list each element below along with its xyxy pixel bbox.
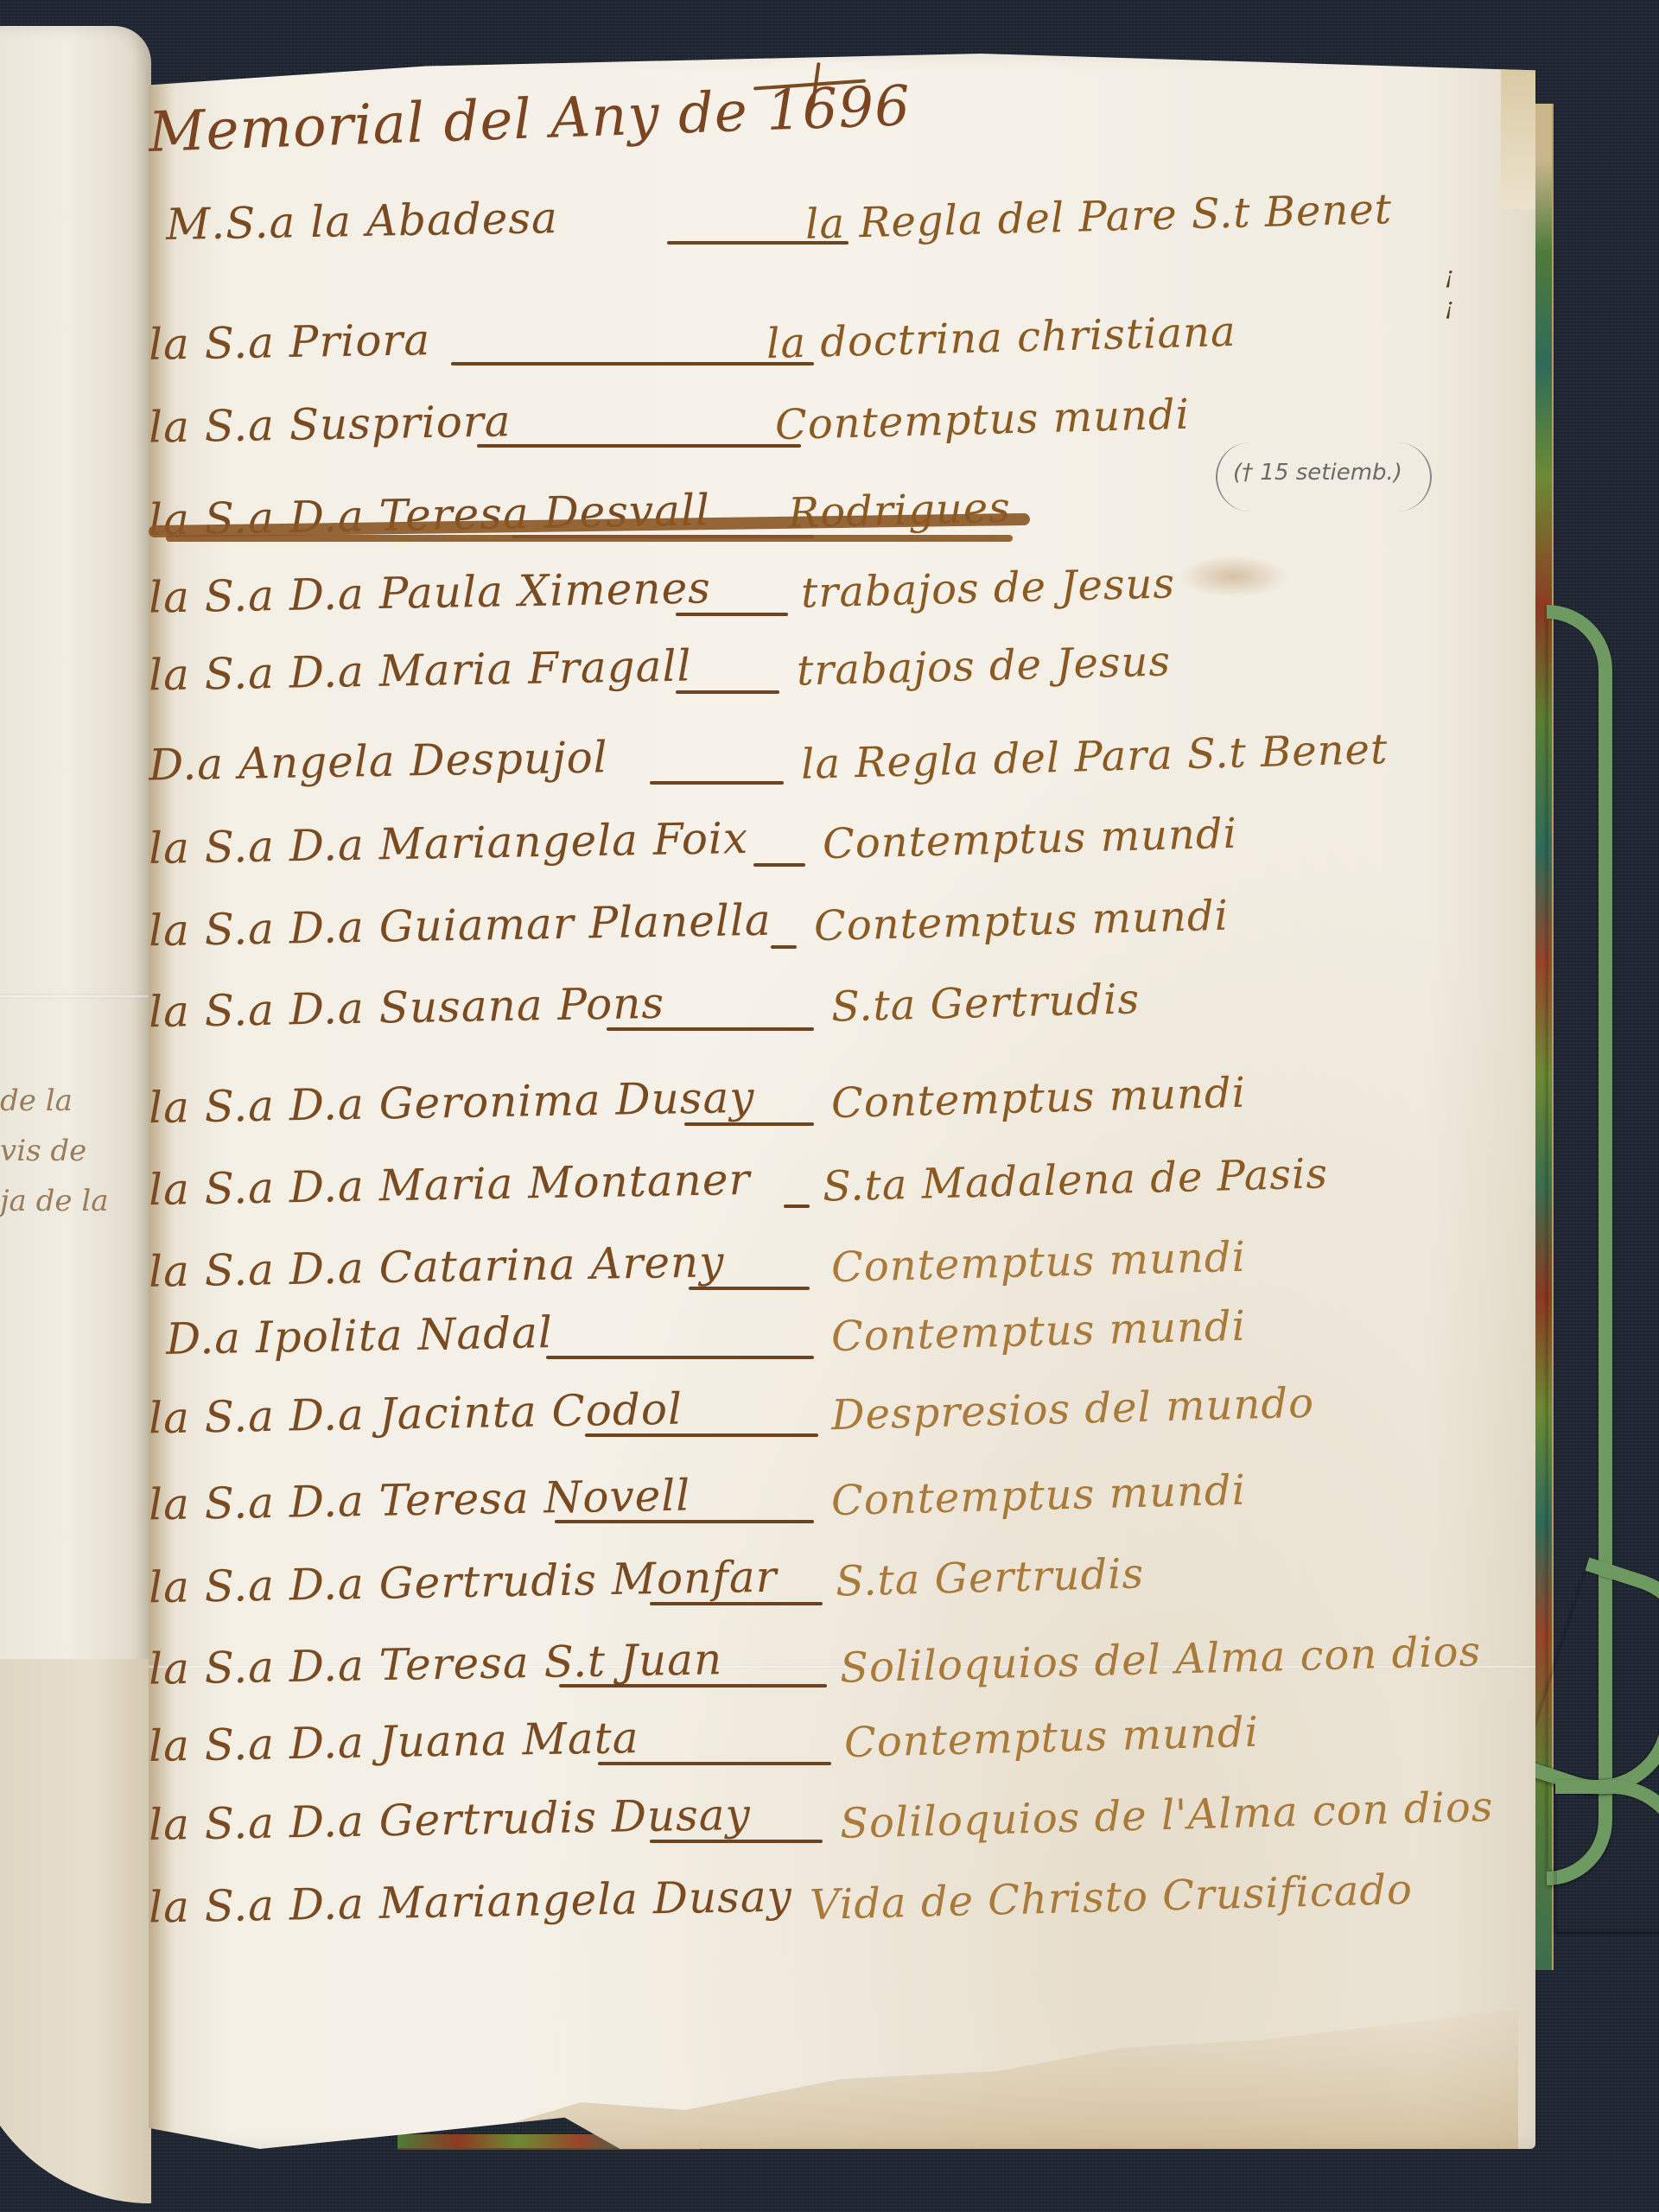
entry-name: la S.a D.a Paula Ximenes (149, 563, 712, 622)
entry-name: la S.a D.a Juana Mata (149, 1713, 639, 1771)
entry-name: D.a Angela Despujol (149, 732, 609, 790)
entry-book: Rodrigues (787, 484, 1011, 538)
entry-name: la S.a D.a Susana Pons (149, 978, 665, 1037)
entry-book: Despresios del mundo (830, 1379, 1314, 1440)
entry-book: Contemptus mundi (843, 1708, 1259, 1768)
entry-name: la S.a D.a Mariangela Foix (149, 813, 749, 874)
entry-dash (559, 1684, 827, 1688)
left-page-margin-text: de la vis de ja de la (0, 1076, 156, 1226)
entry-dash (451, 362, 814, 365)
entry-book: la Regla del Pare S.t Benet (804, 185, 1392, 249)
strikethrough (166, 535, 1013, 542)
entry-book: Contemptus mundi (830, 1302, 1246, 1362)
pencil-annotation: († 15 setiemb.) (1216, 442, 1432, 512)
entry-book: la Regla del Para S.t Benet (800, 725, 1389, 789)
left-fragment: de la (0, 1076, 156, 1126)
torn-corner (1501, 54, 1535, 209)
page-title: Memorial del Any de 1696 (148, 74, 912, 165)
entry-name: la S.a D.a Maria Fragall (149, 641, 692, 701)
entry-dash (607, 1027, 814, 1031)
entry-book: Soliloquios del Alma con dios (839, 1627, 1481, 1692)
water-stain (477, 1993, 1518, 2149)
water-stain-spot (1177, 555, 1289, 598)
entry-dash (753, 863, 805, 867)
entry-book: S.ta Madalena de Pasis (822, 1149, 1328, 1211)
entry-dash (676, 613, 788, 616)
entry-name: la S.a D.a Geronima Dusay (149, 1072, 755, 1133)
entry-book: Contemptus mundi (774, 391, 1190, 450)
entry-dash (650, 1602, 823, 1605)
entry-name: la S.a D.a Guiamar Planella (149, 895, 772, 957)
left-page: de la vis de ja de la (0, 26, 151, 2203)
entry-book: S.ta Gertrudis (830, 975, 1140, 1031)
entry-name: la S.a Priora (149, 315, 431, 370)
entry-book: Contemptus mundi (830, 1233, 1246, 1293)
entry-book: Contemptus mundi (813, 892, 1229, 951)
entry-book: S.ta Gertrudis (835, 1549, 1144, 1605)
entry-dash (676, 690, 779, 694)
entry-book: trabajos de Jesus (796, 637, 1171, 695)
left-fragment: vis de (0, 1126, 156, 1176)
entry-name: la S.a D.a Catarina Areny (149, 1236, 725, 1297)
entry-dash (477, 444, 801, 448)
manuscript-page: Memorial del Any de 1696 († 15 setiemb.)… (149, 54, 1535, 2149)
entry-dash (771, 945, 797, 949)
entry-dash (546, 1356, 814, 1359)
left-page-lower-leaf (0, 1659, 151, 2203)
entry-dash (689, 1287, 810, 1290)
entry-name: la S.a D.a Mariangela Dusay (149, 1872, 793, 1933)
entry-book: Vida de Christo Crusificado (809, 1866, 1413, 1929)
entry-book: trabajos de Jesus (800, 559, 1175, 617)
left-fragment: ja de la (0, 1176, 156, 1226)
edge-marks: ¡ ¡ (1445, 261, 1462, 323)
entry-name: la S.a D.a Maria Montaner (149, 1154, 751, 1215)
entry-dash (784, 1205, 810, 1208)
entry-book: Contemptus mundi (822, 810, 1237, 869)
entry-book: la doctrina christiana (766, 308, 1236, 368)
entry-dash (585, 1433, 818, 1437)
entry-name: la S.a Suspriora (149, 396, 512, 452)
entry-dash (598, 1762, 831, 1765)
entry-dash (650, 781, 784, 785)
entry-book: Soliloquios de l'Alma con dios (839, 1783, 1494, 1848)
entry-dash (684, 1122, 814, 1126)
ribbon-tie-end (1555, 1780, 1659, 1932)
entry-book: Contemptus mundi (830, 1466, 1246, 1526)
left-page-fold (0, 994, 151, 999)
entry-book: Contemptus mundi (830, 1069, 1246, 1128)
entry-name: M.S.a la Abadesa (166, 193, 559, 250)
entry-dash (555, 1520, 814, 1523)
entry-name: D.a Ipolita Nadal (166, 1307, 554, 1364)
entry-dash (650, 1840, 823, 1843)
